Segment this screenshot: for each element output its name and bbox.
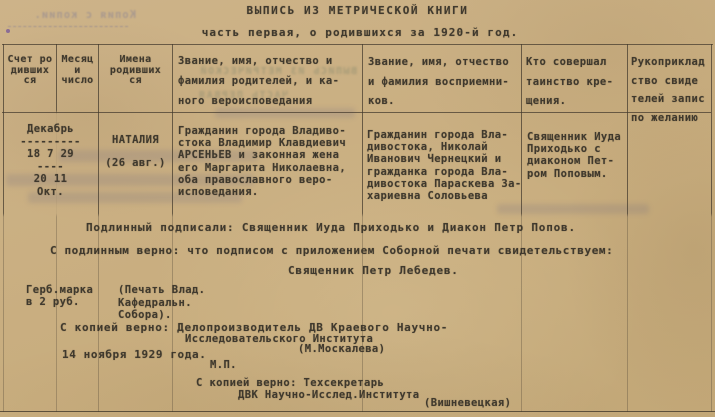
signed-line: Подлинный подписали: Священник Иуда Прих… — [86, 221, 646, 234]
stamp-note: Герб.марка в 2 руб. — [26, 284, 116, 308]
cell-godparents: Гражданин города Вла- дивостока, Николай… — [367, 129, 522, 202]
certified-line: С подлинным верно: что подписом с прилож… — [50, 244, 670, 257]
column-header-godparents: Звание, имя, отчество и фамилия восприем… — [368, 53, 518, 112]
ghost-stamp-underline — [8, 26, 128, 27]
table-column-rule — [56, 44, 57, 412]
cell-date: Декабрь --------- 18 7 29 ---- 20 11 Окт… — [4, 123, 97, 198]
page-bottom-rule — [0, 411, 715, 412]
table-column-rule — [3, 44, 4, 412]
cell-celebrant: Священник Иуда Приходько с диаконом Пет-… — [527, 131, 627, 180]
cell-parents: Гражданин города Владиво- стока Владимир… — [178, 125, 362, 198]
copy2-certified-line: С копией верно: Техсекретарь — [196, 377, 446, 389]
document-subtitle: часть первая, о родившихся за 1920-й год… — [150, 26, 570, 39]
seal-note: (Печать Влад. Кафедральн. Собора). — [118, 284, 238, 322]
certifier-name: Священник Петр Лебедев. — [288, 264, 508, 277]
cell-name: НАТАЛИЯ (26 авг.) — [100, 135, 171, 170]
column-header-count: Счет ро дивших ся — [4, 55, 56, 87]
column-header-names: Имена родивших ся — [100, 55, 171, 87]
column-header-month: Месяц и число — [58, 55, 97, 87]
document-scan: Копия с копии. ВЫПИСЬ ИЗ МЕТРИЧЕСКОЙ ЧАС… — [0, 0, 715, 417]
column-header-witnesses: Рукоприклад ство свиде телей запис по же… — [631, 53, 715, 127]
copy2-signature: (Вишневецкая) — [424, 397, 544, 409]
column-header-celebrant: Кто совершал таинство кре- щения. — [526, 53, 626, 112]
document-title: ВЫПИСЬ ИЗ МЕТРИЧЕСКОЙ КНИГИ — [170, 4, 545, 17]
column-header-parents: Звание, имя, отчество и фамилия родителе… — [178, 51, 360, 111]
table-top-border — [2, 44, 713, 45]
table-header-divider — [2, 112, 711, 113]
ink-speck — [6, 29, 10, 33]
seal-place-mark: М.П. — [210, 359, 260, 371]
ghost-copy-stamp: Копия с копии. — [8, 9, 136, 21]
copy-signature: (М.Москалева) — [298, 343, 418, 355]
